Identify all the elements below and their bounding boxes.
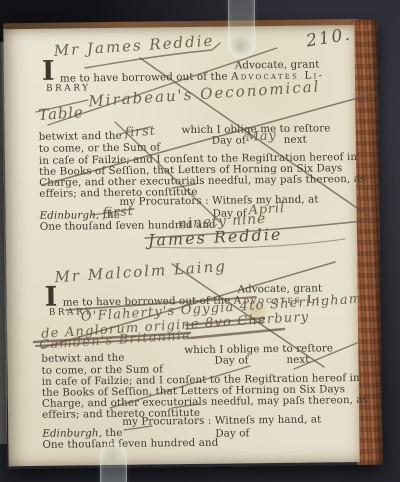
entry2-procurators-line: my Procurators : Witneſs my hand, at [122,413,321,427]
entry2-day-of2-label: Day of [215,427,249,439]
entry2-day-of-label: Day of [214,354,248,366]
retaining-strap-top [228,0,255,58]
retaining-strap-bottom [100,443,127,482]
entry2-betwixt-label: betwixt and the [41,352,124,365]
open-book: Mr James Reddie I Advocate, grant me to … [1,19,382,470]
photographed-register-page: Mr James Reddie I Advocate, grant me to … [0,0,400,482]
entry1-procurators-line: my Procurators : Witneſs my hand, at [119,193,318,207]
entry2-oblige-line: which I oblige me to reſtore [184,342,333,356]
entry1-initial-dropcap: I [42,58,55,85]
entry1-next-label: next [284,134,307,146]
entry1-return-day-handwritten: first [124,124,156,141]
entry1-day-of-label: Day of [212,134,246,146]
register-page: Mr James Reddie I Advocate, grant me to … [3,25,359,466]
entry1-sign-day-handwritten: first [102,204,134,221]
entry1-return-month-handwritten: May [245,128,277,145]
entry2-next-label: next [286,354,309,366]
entry2-thousand-line: One thouſand ſeven hundred and [42,437,218,451]
entry2-borrower-name: Mr Malcolm Laing [54,257,227,286]
entry1-betwixt-label: betwixt and the [39,130,122,143]
entry1-borrower-name: Mr James Reddie [53,32,215,60]
entry1-book-title-line2: Table [38,103,84,124]
entry1-brary-line: BRARY [46,83,91,94]
